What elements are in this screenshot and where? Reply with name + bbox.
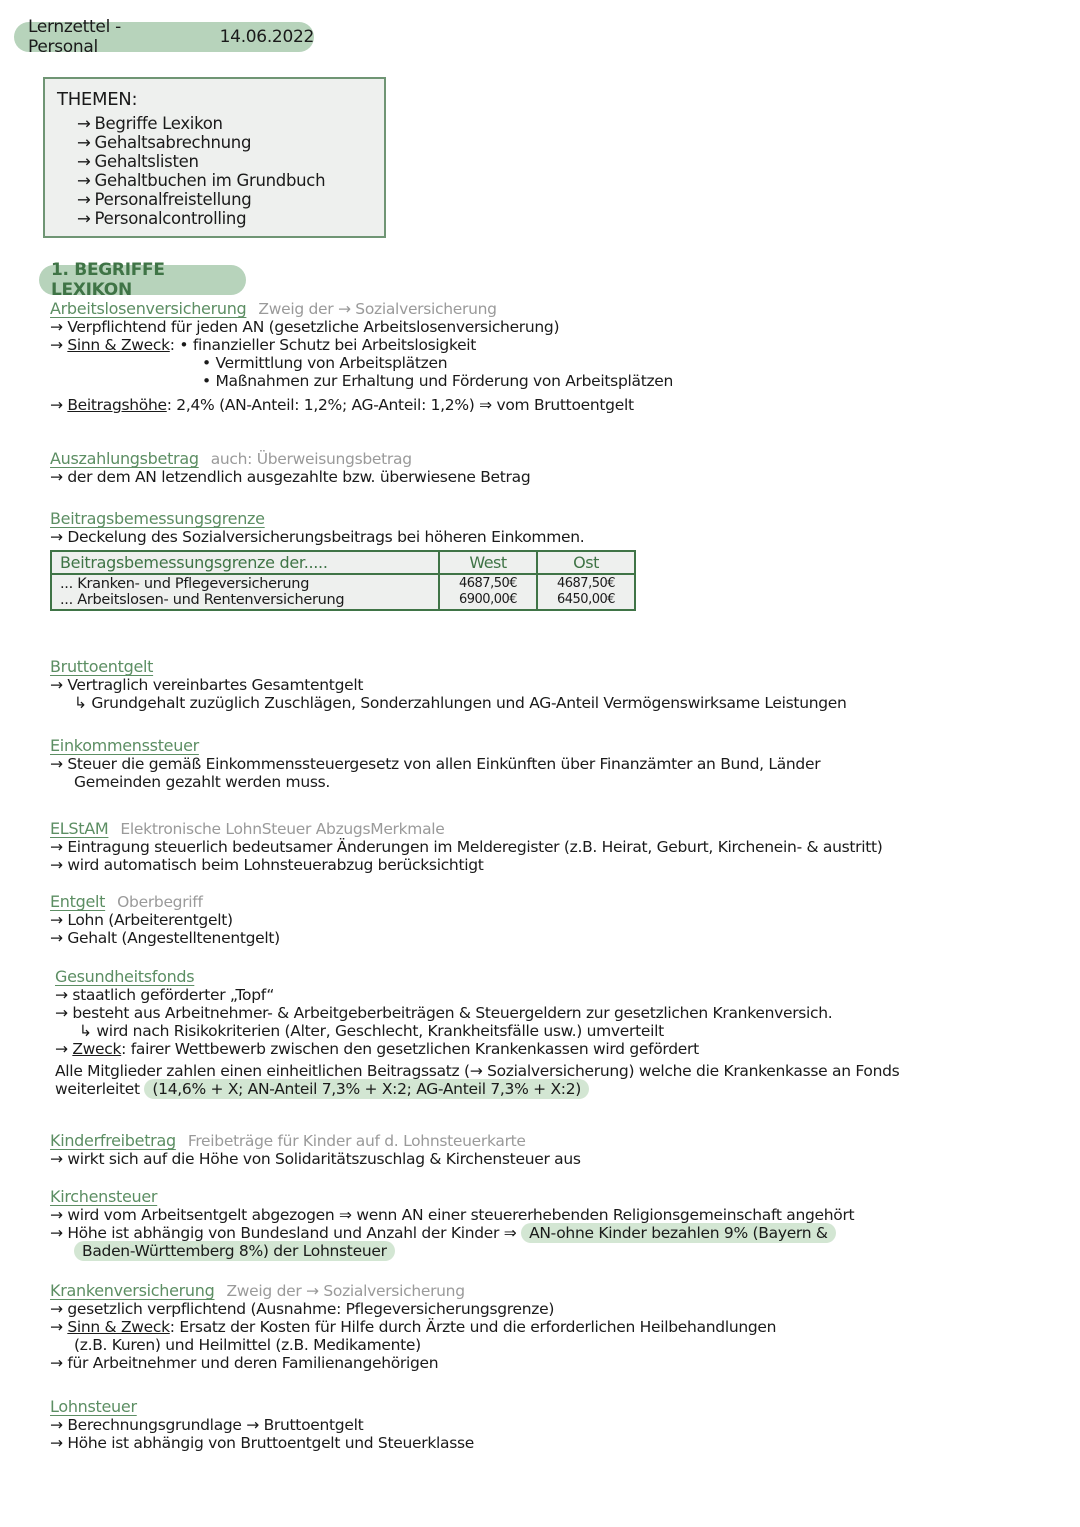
term-title: Beitragsbemessungsgrenze [50,509,265,528]
term-subtitle: Freibeträge für Kinder auf d. Lohnsteuer… [188,1132,526,1150]
term-title: Gesundheitsfonds [55,967,194,986]
entry-line: → Vertraglich vereinbartes Gesamtentgelt [50,676,847,694]
term-title: Lohnsteuer [50,1397,137,1416]
entry-arbeitslosenversicherung: ArbeitslosenversicherungZweig der → Sozi… [50,300,673,414]
entry-beitragsbemessungsgrenze: Beitragsbemessungsgrenze → Deckelung des… [50,510,636,611]
term-title: Bruttoentgelt [50,657,153,676]
themen-item: →Gehaltbuchen im Grundbuch [57,171,372,190]
entry-line: ↳ Grundgehalt zuzüglich Zuschlägen, Sond… [50,694,847,712]
entry-line: → Sinn & Zweck: • finanzieller Schutz be… [50,336,673,354]
page-title: Lernzettel - Personal [28,17,184,57]
entry-line: → gesetzlich verpflichtend (Ausnahme: Pf… [50,1300,776,1318]
entry-line: → für Arbeitnehmer und deren Familienang… [50,1354,776,1372]
entry-line: → Berechnungsgrundlage → Bruttoentgelt [50,1416,474,1434]
term-title: Arbeitslosenversicherung [50,299,246,318]
page-date: 14.06.2022 [220,27,314,47]
term-subtitle: Zweig der → Sozialversicherung [258,300,496,318]
entry-line: → Beitragshöhe: 2,4% (AN-Anteil: 1,2%; A… [50,396,673,414]
table-row: ... Kranken- und Pflegeversicherung... A… [51,574,635,610]
highlight: Baden-Württemberg 8%) der Lohnsteuer [74,1241,395,1261]
arrow-icon: → [77,133,91,152]
table-header-row: Beitragsbemessungsgrenze der..... West O… [51,551,635,574]
entry-line: → besteht aus Arbeitnehmer- & Arbeitgebe… [55,1004,899,1022]
themen-title: THEMEN: [57,89,372,110]
entry-gesundheitsfonds: Gesundheitsfonds → staatlich geförderter… [55,968,899,1098]
term-title: Entgelt [50,892,105,911]
themen-item: →Gehaltsabrechnung [57,133,372,152]
arrow-icon: → [77,114,91,133]
entry-line: → Gehalt (Angestelltenentgelt) [50,929,280,947]
entry-line: ↳ wird nach Risikokriterien (Alter, Gesc… [55,1022,899,1040]
entry-line: → der dem AN letzendlich ausgezahlte bzw… [50,468,530,486]
entry-line: → Zweck: fairer Wettbewerb zwischen den … [55,1040,899,1058]
entry-line: → Steuer die gemäß Einkommenssteuergeset… [50,755,820,773]
term-title: Auszahlungsbetrag [50,449,199,468]
entry-line: Alle Mitglieder zahlen einen einheitlich… [55,1062,899,1080]
entry-einkommenssteuer: Einkommenssteuer → Steuer die gemäß Eink… [50,737,820,791]
entry-line: → Höhe ist abhängig von Bruttoentgelt un… [50,1434,474,1452]
themen-item: →Personalfreistellung [57,190,372,209]
highlight: AN-ohne Kinder bezahlen 9% (Bayern & [521,1223,836,1243]
arrow-icon: → [77,152,91,171]
entry-elstam: ELStAMElektronische LohnSteuer AbzugsMer… [50,820,883,874]
entry-line: Baden-Württemberg 8%) der Lohnsteuer [50,1242,854,1260]
themen-item: →Gehaltslisten [57,152,372,171]
entry-lohnsteuer: Lohnsteuer → Berechnungsgrundlage → Brut… [50,1398,474,1452]
page-title-pill: Lernzettel - Personal 14.06.2022 [14,22,314,52]
entry-bruttoentgelt: Bruttoentgelt → Vertraglich vereinbartes… [50,658,847,712]
entry-entgelt: EntgeltOberbegriff → Lohn (Arbeiterentge… [50,893,280,947]
entry-line: → Höhe ist abhängig von Bundesland und A… [50,1224,854,1242]
entry-line: Gemeinden gezahlt werden muss. [50,773,820,791]
bbg-table: Beitragsbemessungsgrenze der..... West O… [50,550,636,611]
entry-line: → Verpflichtend für jeden AN (gesetzlich… [50,318,673,336]
section-heading: 1. BEGRIFFE LEXIKON [39,265,246,295]
arrow-icon: → [77,209,91,228]
term-subtitle: Elektronische LohnSteuer AbzugsMerkmale [120,820,444,838]
entry-line: → wird automatisch beim Lohnsteuerabzug … [50,856,883,874]
entry-kinderfreibetrag: KinderfreibetragFreibeträge für Kinder a… [50,1132,581,1168]
entry-line: (z.B. Kuren) und Heilmittel (z.B. Medika… [50,1336,776,1354]
term-subtitle: Oberbegriff [117,893,202,911]
entry-krankenversicherung: KrankenversicherungZweig der → Sozialver… [50,1282,776,1372]
term-subtitle: auch: Überweisungsbetrag [211,450,412,468]
themen-item: →Begriffe Lexikon [57,114,372,133]
term-title: Krankenversicherung [50,1281,214,1300]
term-title: Kinderfreibetrag [50,1131,176,1150]
entry-line: → Sinn & Zweck: Ersatz der Kosten für Hi… [50,1318,776,1336]
term-title: ELStAM [50,819,108,838]
entry-line: → Eintragung steuerlich bedeutsamer Ände… [50,838,883,856]
arrow-icon: → [77,171,91,190]
term-title: Einkommenssteuer [50,736,199,755]
themen-item: →Personalcontrolling [57,209,372,228]
entry-line: • Vermittlung von Arbeitsplätzen [50,354,673,372]
term-subtitle: Zweig der → Sozialversicherung [226,1282,464,1300]
entry-kirchensteuer: Kirchensteuer → wird vom Arbeitsentgelt … [50,1188,854,1260]
entry-line: → wird vom Arbeitsentgelt abgezogen ⇒ we… [50,1206,854,1224]
entry-auszahlungsbetrag: Auszahlungsbetragauch: Überweisungsbetra… [50,450,530,486]
arrow-icon: → [77,190,91,209]
entry-line: • Maßnahmen zur Erhaltung und Förderung … [50,372,673,390]
entry-line: → Lohn (Arbeiterentgelt) [50,911,280,929]
entry-line: → wirkt sich auf die Höhe von Solidaritä… [50,1150,581,1168]
entry-line: → Deckelung des Sozialversicherungsbeitr… [50,528,636,546]
themen-box: THEMEN: →Begriffe Lexikon →Gehaltsabrech… [43,77,386,238]
highlight: (14,6% + X; AN-Anteil 7,3% + X:2; AG-Ant… [144,1079,589,1099]
term-title: Kirchensteuer [50,1187,157,1206]
entry-line: → staatlich geförderter „Topf“ [55,986,899,1004]
entry-line: weiterleitet (14,6% + X; AN-Anteil 7,3% … [55,1080,899,1098]
